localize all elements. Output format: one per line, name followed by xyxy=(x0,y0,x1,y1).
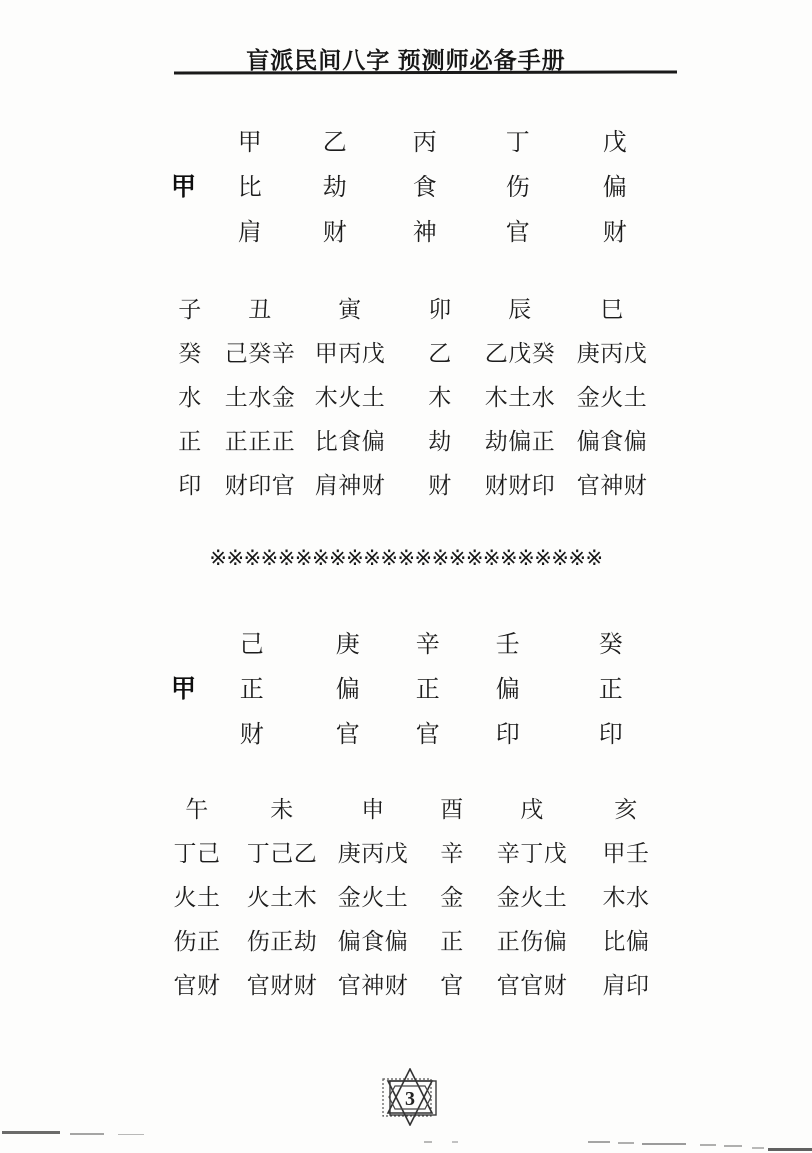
scan-artifact xyxy=(588,1141,610,1143)
gods-line-1: 偏食偏 xyxy=(577,419,648,463)
scan-artifact xyxy=(118,1134,144,1135)
stem-column: 己 正 财 xyxy=(220,622,284,757)
stem: 乙 xyxy=(323,120,348,165)
elements: 木土水 xyxy=(485,375,556,419)
god-char-1: 正 xyxy=(240,667,265,712)
god-char-2: 官 xyxy=(506,210,531,255)
gods-line-2: 官官财 xyxy=(497,963,568,1007)
branch-column: 丑 己癸辛 土水金 正正正 财印官 xyxy=(210,287,310,507)
gods-line-1: 偏食偏 xyxy=(338,919,409,963)
elements: 火土木 xyxy=(247,875,318,919)
gods-line-2: 财印官 xyxy=(225,463,296,507)
scan-artifact xyxy=(452,1141,458,1143)
scan-artifact xyxy=(642,1143,686,1145)
branch: 丑 xyxy=(248,287,272,331)
elements: 木火土 xyxy=(315,375,386,419)
god-char-1: 偏 xyxy=(336,667,361,712)
god-char-2: 财 xyxy=(240,712,265,757)
scan-artifact xyxy=(700,1144,716,1146)
gods-line-2: 官神财 xyxy=(338,963,409,1007)
page-number: 3 xyxy=(405,1088,415,1110)
branch-column: 亥 甲壬 木水 比偏 肩印 xyxy=(576,787,676,1007)
stem-column: 丙 食 神 xyxy=(393,120,457,255)
stem-column: 辛 正 官 xyxy=(396,622,460,757)
hidden-stems: 丁己乙 xyxy=(247,831,318,875)
gods-line-1: 伤正劫 xyxy=(247,919,318,963)
god-char-1: 食 xyxy=(413,165,438,210)
gods-line-2: 财 xyxy=(428,463,452,507)
branch-column: 寅 甲丙戊 木火土 比食偏 肩神财 xyxy=(300,287,400,507)
hidden-stems: 庚丙戊 xyxy=(338,831,409,875)
hidden-stems: 甲丙戊 xyxy=(315,331,386,375)
stem: 己 xyxy=(240,622,265,667)
page-number-ornament: 3 xyxy=(374,1068,446,1131)
stem-column: 甲 比 肩 xyxy=(218,120,282,255)
gods-line-1: 伤正 xyxy=(174,919,221,963)
god-char-2: 肩 xyxy=(238,210,263,255)
gods-line-1: 正 xyxy=(178,419,202,463)
god-char-2: 官 xyxy=(416,712,441,757)
elements: 金火土 xyxy=(338,875,409,919)
hidden-stems: 丁己 xyxy=(174,831,221,875)
god-char-1: 伤 xyxy=(506,165,531,210)
hidden-stems: 乙戊癸 xyxy=(485,331,556,375)
elements: 水 xyxy=(178,375,202,419)
stem-column: 乙 劫 财 xyxy=(303,120,367,255)
hidden-stems: 甲壬 xyxy=(603,831,650,875)
scan-artifact xyxy=(2,1131,60,1134)
stem: 辛 xyxy=(416,622,441,667)
god-char-1: 正 xyxy=(416,667,441,712)
branch: 辰 xyxy=(508,287,532,331)
branch-column: 巳 庚丙戊 金火土 偏食偏 官神财 xyxy=(562,287,662,507)
hidden-stems: 辛 xyxy=(440,831,464,875)
hidden-stems: 己癸辛 xyxy=(225,331,296,375)
god-char-1: 偏 xyxy=(603,165,628,210)
gods-line-2: 印 xyxy=(178,463,202,507)
stem: 甲 xyxy=(238,120,263,165)
gods-line-2: 官 xyxy=(440,963,464,1007)
branch: 子 xyxy=(178,287,202,331)
scan-artifact xyxy=(768,1148,812,1151)
god-char-1: 劫 xyxy=(323,165,348,210)
branch: 巳 xyxy=(600,287,624,331)
god-char-2: 财 xyxy=(603,210,628,255)
gods-line-1: 比偏 xyxy=(603,919,650,963)
day-master-label: 甲 xyxy=(171,165,196,210)
gods-line-1: 劫 xyxy=(428,419,452,463)
god-char-1: 偏 xyxy=(496,667,521,712)
god-char-1: 比 xyxy=(238,165,263,210)
hidden-stems: 癸 xyxy=(178,331,202,375)
scan-artifact xyxy=(724,1145,742,1147)
scan-artifact xyxy=(424,1141,432,1143)
stem-column: 戊 偏 财 xyxy=(583,120,647,255)
god-char-2: 财 xyxy=(323,210,348,255)
branch-column: 未 丁己乙 火土木 伤正劫 官财财 xyxy=(232,787,332,1007)
ornament-graphic: 3 xyxy=(374,1068,446,1126)
gods-line-1: 劫偏正 xyxy=(485,419,556,463)
hidden-stems: 庚丙戊 xyxy=(577,331,648,375)
scan-artifact xyxy=(752,1147,764,1149)
scan-artifact xyxy=(618,1142,634,1144)
stem-column: 丁 伤 官 xyxy=(486,120,550,255)
branch: 寅 xyxy=(338,287,362,331)
stem: 庚 xyxy=(336,622,361,667)
gods-line-2: 官神财 xyxy=(577,463,648,507)
stem: 丁 xyxy=(506,120,531,165)
elements: 金火土 xyxy=(577,375,648,419)
god-char-2: 神 xyxy=(413,210,438,255)
god-char-2: 官 xyxy=(336,712,361,757)
gods-line-2: 肩神财 xyxy=(315,463,386,507)
gods-line-1: 正正正 xyxy=(225,419,296,463)
stem-column: 壬 偏 印 xyxy=(476,622,540,757)
stem: 丙 xyxy=(413,120,438,165)
branch: 酉 xyxy=(440,787,464,831)
branch: 戌 xyxy=(520,787,544,831)
branch: 卯 xyxy=(428,287,452,331)
branch-column: 辰 乙戊癸 木土水 劫偏正 财财印 xyxy=(470,287,570,507)
elements: 木 xyxy=(428,375,452,419)
gods-line-1: 比食偏 xyxy=(315,419,386,463)
gods-line-2: 财财印 xyxy=(485,463,556,507)
elements: 金 xyxy=(440,875,464,919)
branch: 未 xyxy=(270,787,294,831)
god-char-1: 正 xyxy=(599,667,624,712)
god-char-2: 印 xyxy=(496,712,521,757)
stem-column: 庚 偏 官 xyxy=(316,622,380,757)
gods-line-1: 正伤偏 xyxy=(497,919,568,963)
branch: 午 xyxy=(185,787,209,831)
gods-line-2: 肩印 xyxy=(603,963,650,1007)
day-master-label: 甲 xyxy=(171,667,196,712)
stem-column: 癸 正 印 xyxy=(579,622,643,757)
stem: 壬 xyxy=(496,622,521,667)
elements: 木水 xyxy=(603,875,650,919)
stem: 癸 xyxy=(599,622,624,667)
section-separator: ※※※※※※※※※※※※※※※※※※※※※※※ xyxy=(0,544,812,574)
elements: 火土 xyxy=(174,875,221,919)
god-char-2: 印 xyxy=(599,712,624,757)
branch-column: 戌 辛丁戊 金火土 正伤偏 官官财 xyxy=(482,787,582,1007)
elements: 土水金 xyxy=(225,375,296,419)
gods-line-2: 官财 xyxy=(174,963,221,1007)
scan-artifact xyxy=(70,1133,104,1135)
branch: 申 xyxy=(361,787,385,831)
scanned-book-page: 盲派民间八字 预测师必备手册 甲 甲 比 肩 乙 劫 财 丙 食 神 丁 伤 官… xyxy=(0,0,812,1153)
elements: 金火土 xyxy=(497,875,568,919)
branch: 亥 xyxy=(614,787,638,831)
gods-line-2: 官财财 xyxy=(247,963,318,1007)
stem: 戊 xyxy=(603,120,628,165)
hidden-stems: 乙 xyxy=(428,331,452,375)
gods-line-1: 正 xyxy=(440,919,464,963)
hidden-stems: 辛丁戊 xyxy=(497,831,568,875)
